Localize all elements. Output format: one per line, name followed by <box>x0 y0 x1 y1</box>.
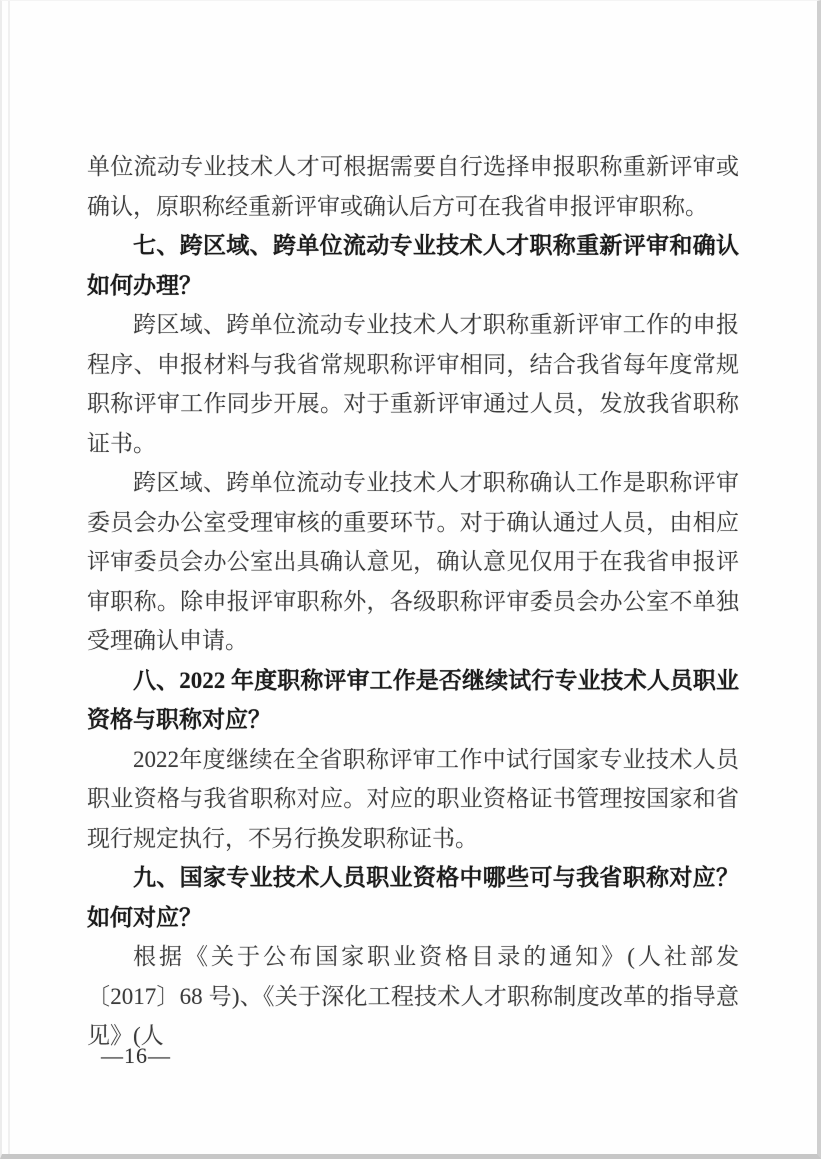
paragraph: 跨区域、跨单位流动专业技术人才职称确认工作是职称评审委员会办公室受理审核的重要环… <box>87 463 739 661</box>
document-page: 单位流动专业技术人才可根据需要自行选择申报职称重新评审或确认，原职称经重新评审或… <box>0 0 821 1159</box>
section-heading-8: 八、2022 年度职称评审工作是否继续试行专业技术人员职业资格与职称对应？ <box>87 661 739 740</box>
paragraph: 跨区域、跨单位流动专业技术人才职称重新评审工作的申报程序、申报材料与我省常规职称… <box>87 305 739 463</box>
document-text-column: 单位流动专业技术人才可根据需要自行选择申报职称重新评审或确认，原职称经重新评审或… <box>87 1 739 1056</box>
scan-edge-artifact <box>8 1 10 1154</box>
paragraph: 根据《关于公布国家职业资格目录的通知》(人社部发〔2017〕68 号)、《关于深… <box>87 937 739 1056</box>
page-number: —16— <box>101 1041 171 1071</box>
paragraph-continuation: 单位流动专业技术人才可根据需要自行选择申报职称重新评审或确认，原职称经重新评审或… <box>87 147 739 226</box>
section-heading-9: 九、国家专业技术人员职业资格中哪些可与我省职称对应？如何对应？ <box>87 858 739 937</box>
section-heading-7: 七、跨区域、跨单位流动专业技术人才职称重新评审和确认如何办理？ <box>87 226 739 305</box>
paragraph: 2022年度继续在全省职称评审工作中试行国家专业技术人员职业资格与我省职称对应。… <box>87 740 739 859</box>
